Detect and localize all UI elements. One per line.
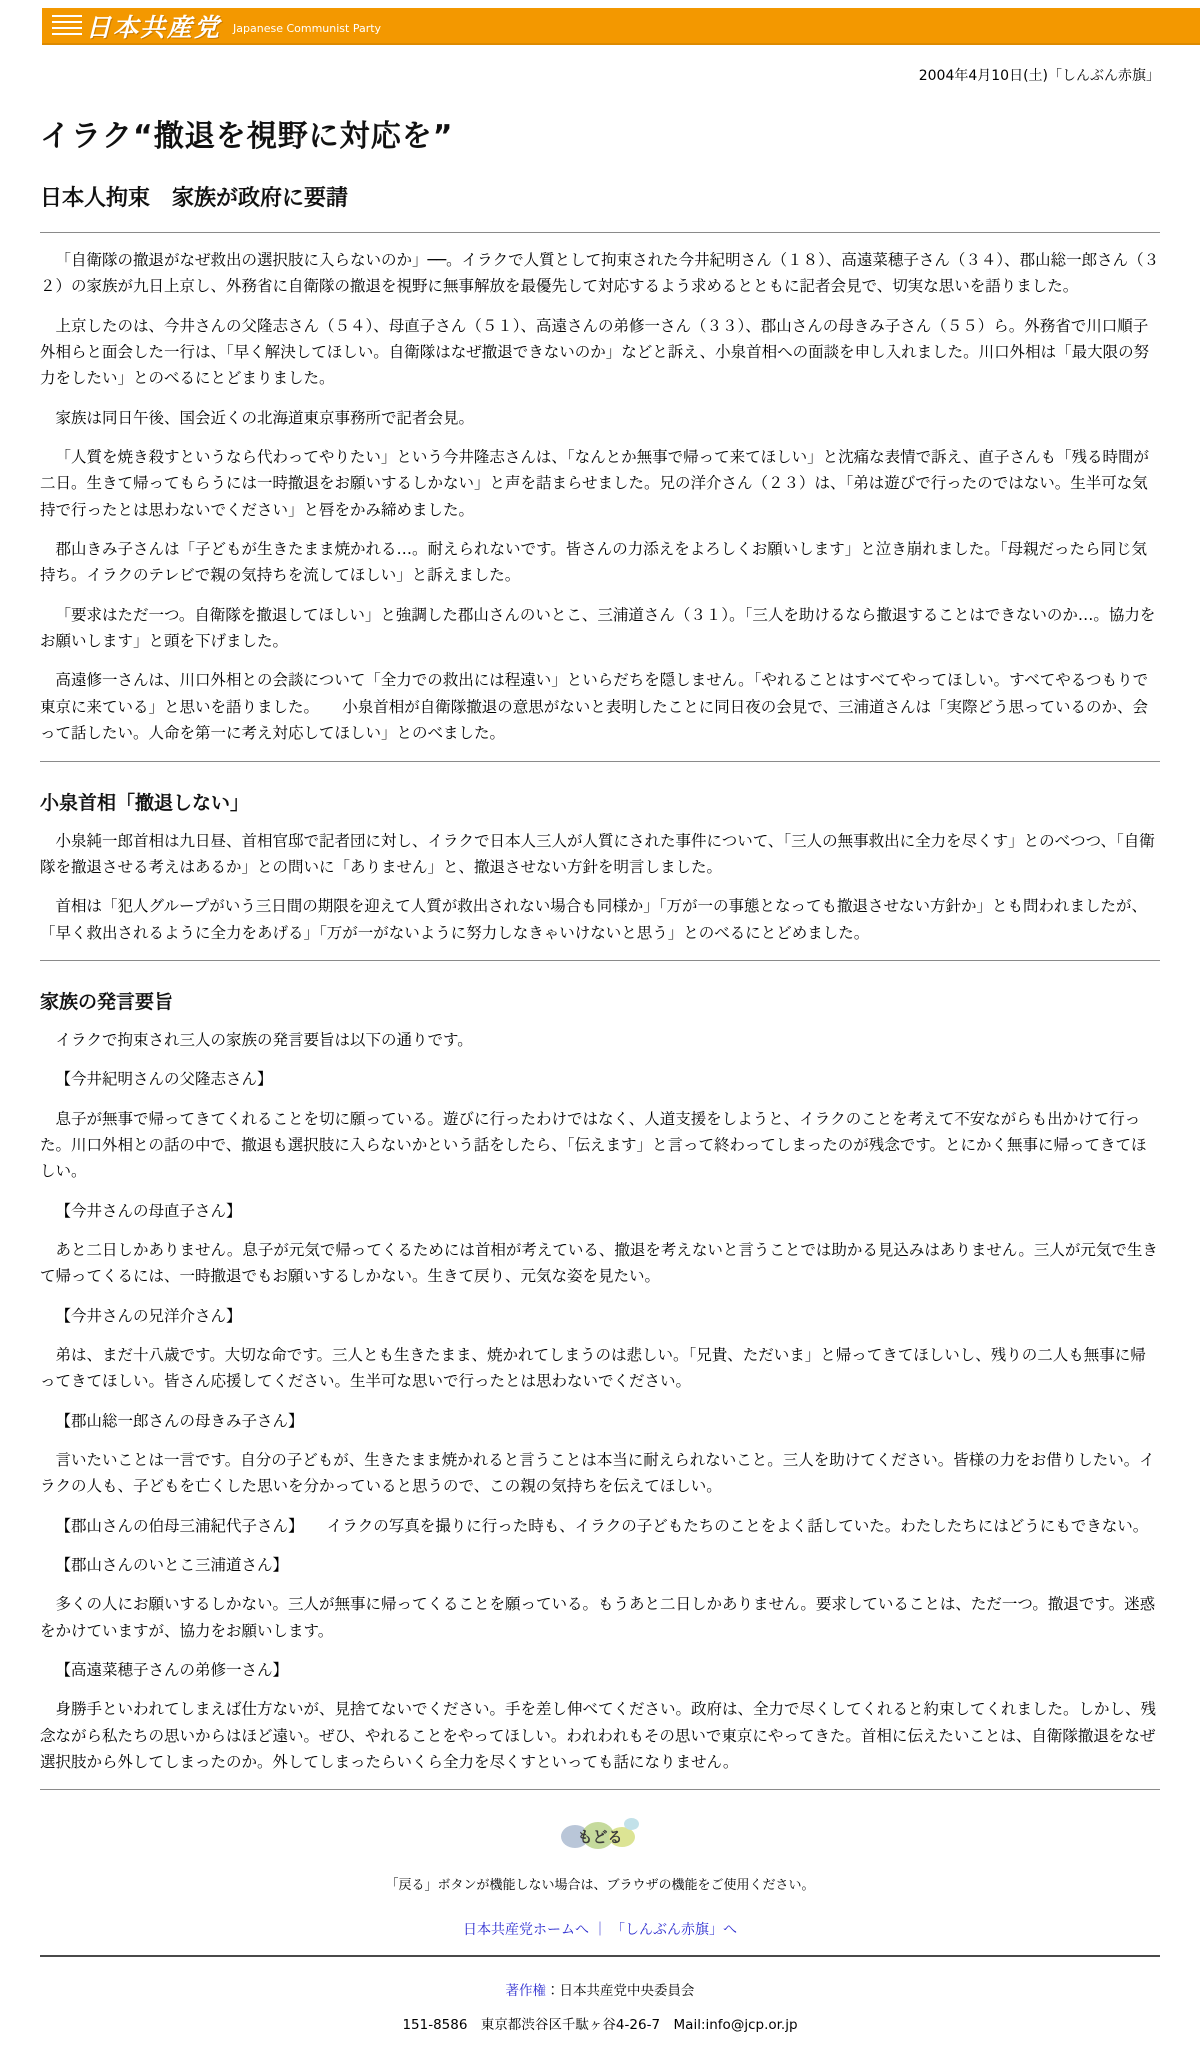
address-line: 151-8586 東京都渋谷区千駄ヶ谷4-26-7 Mail:info@jcp.… <box>0 2013 1200 2033</box>
article-paragraph: 上京したのは、今井さんの父隆志さん（５４）、母直子さん（５１）、高遠さんの弟修一… <box>40 313 1160 392</box>
divider <box>40 761 1160 762</box>
article-paragraph: 郡山きみ子さんは「子どもが生きたまま焼かれる…。耐えられないです。皆さんの力添え… <box>40 536 1160 589</box>
footer-links: 日本共産党ホームへ｜「しんぶん赤旗」へ <box>0 1919 1200 1939</box>
article-intro: 「自衛隊の撤退がなぜ救出の選択肢に入らないのか」──。イラクで人質として拘束され… <box>40 247 1160 747</box>
divider <box>40 232 1160 233</box>
article-paragraph: 弟は、まだ十八歳です。大切な命です。三人とも生きたまま、焼かれてしまうのは悲しい… <box>40 1342 1160 1395</box>
article-paragraph: イラクで拘束され三人の家族の発言要旨は以下の通りです。 <box>40 1027 1160 1053</box>
back-area: もどる 「戻る」ボタンが機能しない場合は、ブラウザの機能をご使用ください。 日本… <box>0 1818 1200 1939</box>
article-title: イラク“撤退を視野に対応を” <box>40 111 1160 155</box>
jcp-home-link[interactable]: 日本共産党ホームへ <box>463 1922 589 1938</box>
article-paragraph: 首相は「犯人グループがいう三日間の期限を迎えて人質が救出されない場合も同様か」「… <box>40 893 1160 946</box>
section-body-family-statements: イラクで拘束され三人の家族の発言要旨は以下の通りです。 【今井紀明さんの父隆志さ… <box>40 1027 1160 1776</box>
article-paragraph: 「要求はただ一つ。自衛隊を撤退してほしい」と強調した郡山さんのいとこ、三浦道さん… <box>40 602 1160 655</box>
article-paragraph: 多くの人にお願いするしかない。三人が無事に帰ってくることを願っている。もうあと二… <box>40 1591 1160 1644</box>
article-paragraph: 「人質を焼き殺すというなら代わってやりたい」という今井隆志さんは、「なんとか無事… <box>40 444 1160 523</box>
article-paragraph: 身勝手といわれてしまえば仕方ないが、見捨てないでください。手を差し伸べてください… <box>40 1696 1160 1775</box>
site-footer: 著作権：日本共産党中央委員会 151-8586 東京都渋谷区千駄ヶ谷4-26-7… <box>0 1979 1200 2033</box>
article-paragraph: 【今井さんの兄洋介さん】 <box>40 1303 1160 1329</box>
article-paragraph: 【今井さんの母直子さん】 <box>40 1198 1160 1224</box>
article-paragraph: 【今井紀明さんの父隆志さん】 <box>40 1066 1160 1092</box>
link-separator: ｜ <box>593 1922 607 1938</box>
back-note: 「戻る」ボタンが機能しない場合は、ブラウザの機能をご使用ください。 <box>0 1874 1200 1893</box>
jcp-logo-subtitle: Japanese Communist Party <box>233 22 381 35</box>
article-paragraph: 【郡山さんのいとこ三浦道さん】 <box>40 1552 1160 1578</box>
masthead-banner: 日本共産党 Japanese Communist Party <box>42 8 1200 45</box>
article-paragraph: 「自衛隊の撤退がなぜ救出の選択肢に入らないのか」──。イラクで人質として拘束され… <box>40 247 1160 300</box>
article-paragraph: 息子が無事で帰ってきてくれることを切に願っている。遊びに行ったわけではなく、人道… <box>40 1106 1160 1185</box>
copyright-line: 著作権：日本共産党中央委員会 <box>0 1979 1200 1999</box>
article-paragraph: 家族は同日午後、国会近くの北海道東京事務所で記者会見。 <box>40 405 1160 431</box>
copyright-label: 著作権 <box>506 1983 547 1999</box>
back-button-label: もどる <box>561 1826 639 1847</box>
article-paragraph: 【郡山さんの伯母三浦紀代子さん】 イラクの写真を撮りに行った時も、イラクの子ども… <box>40 1513 1160 1539</box>
copyright-value: ：日本共産党中央委員会 <box>546 1983 695 1999</box>
divider <box>40 1789 1160 1790</box>
article-paragraph: 高遠修一さんは、川口外相との会談について「全力での救出には程遠い」といらだちを隠… <box>40 667 1160 746</box>
article-paragraph: あと二日しかありません。息子が元気で帰ってくるためには首相が考えている、撤退を考… <box>40 1237 1160 1290</box>
article-paragraph: 小泉純一郎首相は九日昼、首相官邸で記者団に対し、イラクで日本人三人が人質にされた… <box>40 828 1160 881</box>
back-button[interactable]: もどる <box>561 1818 639 1852</box>
section-body-koizumi: 小泉純一郎首相は九日昼、首相官邸で記者団に対し、イラクで日本人三人が人質にされた… <box>40 828 1160 946</box>
page: 日本共産党 Japanese Communist Party 2004年4月10… <box>0 8 1200 2061</box>
article-subtitle: 日本人拘束 家族が政府に要請 <box>40 181 1160 212</box>
akahata-link[interactable]: 「しんぶん赤旗」へ <box>611 1922 737 1938</box>
divider <box>40 960 1160 961</box>
logo-stripes-decoration <box>52 15 82 37</box>
article-paragraph: 言いたいことは一言です。自分の子どもが、生きたまま焼かれると言うことは本当に耐え… <box>40 1447 1160 1500</box>
article-paragraph: 【高遠菜穂子さんの弟修一さん】 <box>40 1657 1160 1683</box>
date-line: 2004年4月10日(土)「しんぶん赤旗」 <box>0 65 1160 85</box>
article-paragraph: 【郡山総一郎さんの母きみ子さん】 <box>40 1408 1160 1434</box>
section-heading-family-statements: 家族の発言要旨 <box>40 987 1160 1014</box>
footer-divider <box>40 1955 1160 1957</box>
jcp-logo[interactable]: 日本共産党 <box>86 8 221 44</box>
section-heading-koizumi: 小泉首相「撤退しない」 <box>40 788 1160 815</box>
